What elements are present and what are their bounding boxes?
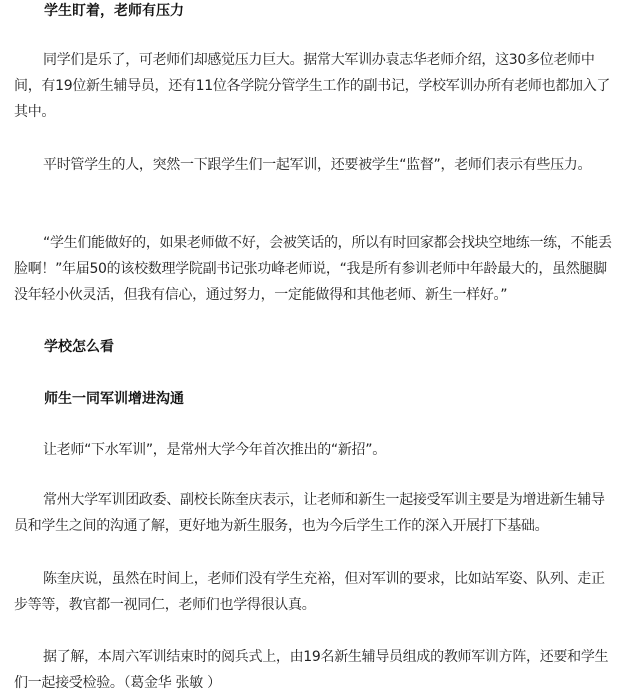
article-paragraph-with-byline: 据了解，本周六军训结束时的阅兵式上，由19名新生辅导员组成的教师军训方阵，还要和… bbox=[14, 644, 614, 695]
article-paragraph: 同学们是乐了，可老师们却感觉压力巨大。据常大军训办袁志华老师介绍，这30多位老师… bbox=[14, 47, 614, 125]
section-heading-school-view: 学校怎么看 bbox=[44, 334, 624, 360]
article-paragraph: 陈奎庆说，虽然在时间上，老师们没有学生充裕，但对军训的要求，比如站军姿、队列、走… bbox=[14, 566, 614, 618]
article-paragraph: “学生们能做好的，如果老师做不好，会被笑话的，所以有时回家都会找块空地练一练，不… bbox=[14, 230, 614, 308]
news-article: 学生盯着，老师有压力 同学们是乐了，可老师们却感觉压力巨大。据常大军训办袁志华老… bbox=[0, 0, 624, 695]
article-paragraph: 让老师“下水军训”，是常州大学今年首次推出的“新招”。 bbox=[14, 437, 614, 463]
article-paragraph: 平时管学生的人，突然一下跟学生们一起军训，还要被学生“监督”，老师们表示有些压力… bbox=[14, 152, 614, 178]
article-paragraph: 常州大学军训团政委、副校长陈奎庆表示，让老师和新生一起接受军训主要是为增进新生辅… bbox=[14, 487, 614, 539]
section-heading-teacher-pressure: 学生盯着，老师有压力 bbox=[44, 0, 624, 24]
section-heading-communication: 师生一同军训增进沟通 bbox=[44, 386, 624, 412]
